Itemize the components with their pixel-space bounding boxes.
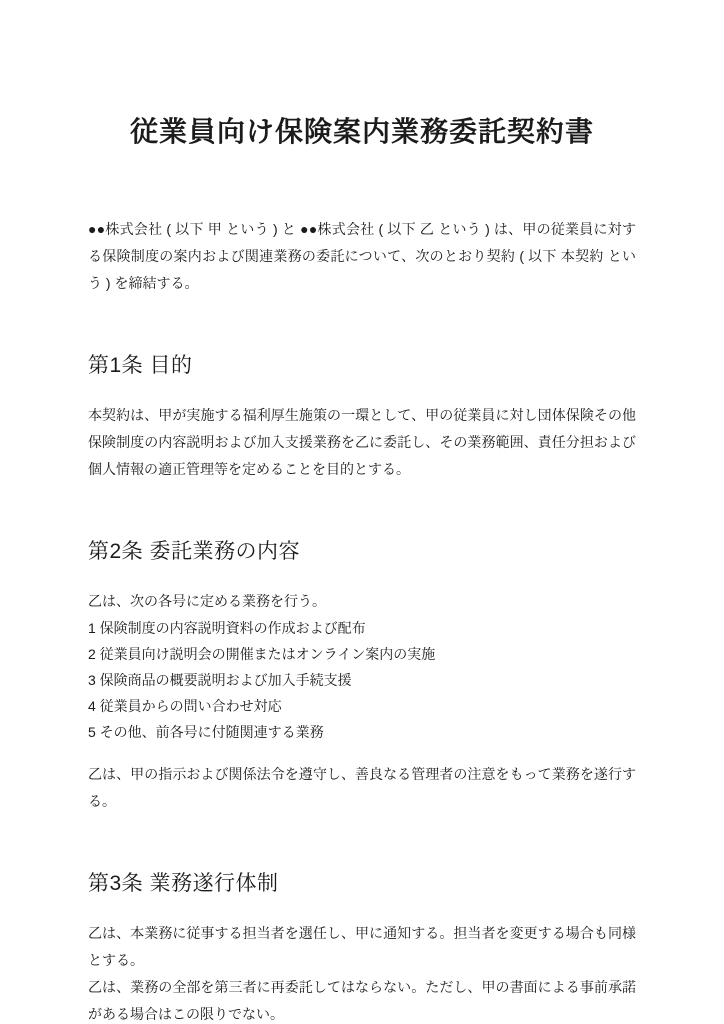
duty-item-1: 1 保険制度の内容説明資料の作成および配布 xyxy=(88,615,636,641)
duty-item-3: 3 保険商品の概要説明および加入手続支援 xyxy=(88,667,636,693)
duty-list: 1 保険制度の内容説明資料の作成および配布 2 従業員向け説明会の開催またはオン… xyxy=(88,615,636,745)
article-3-paragraph-1: 乙は、本業務に従事する担当者を選任し、甲に通知する。担当者を変更する場合も同様と… xyxy=(88,920,636,974)
article-1-heading: 第1条 目的 xyxy=(88,352,636,380)
duty-item-2: 2 従業員向け説明会の開催またはオンライン案内の実施 xyxy=(88,641,636,667)
document-title: 従業員向け保険案内業務委託契約書 xyxy=(88,114,636,150)
duty-item-4: 4 従業員からの問い合わせ対応 xyxy=(88,693,636,719)
section-article-1: 第1条 目的 本契約は、甲が実施する福利厚生施策の一環として、甲の従業員に対し団… xyxy=(88,352,636,483)
article-3-paragraph-2: 乙は、業務の全部を第三者に再委託してはならない。ただし、甲の書面による事前承諾が… xyxy=(88,974,636,1024)
article-3-heading: 第3条 業務遂行体制 xyxy=(88,870,636,898)
article-1-body: 本契約は、甲が実施する福利厚生施策の一環として、甲の従業員に対し団体保険その他保… xyxy=(88,402,636,483)
article-2-closing: 乙は、甲の指示および関係法令を遵守し、善良なる管理者の注意をもって業務を遂行する… xyxy=(88,761,636,815)
section-article-2: 第2条 委託業務の内容 乙は、次の各号に定める業務を行う。 1 保険制度の内容説… xyxy=(88,538,636,815)
section-article-3: 第3条 業務遂行体制 乙は、本業務に従事する担当者を選任し、甲に通知する。担当者… xyxy=(88,870,636,1024)
article-2-heading: 第2条 委託業務の内容 xyxy=(88,538,636,566)
duty-item-5: 5 その他、前各号に付随関連する業務 xyxy=(88,719,636,745)
intro-paragraph: ●●株式会社 ( 以下 甲 という ) と ●●株式会社 ( 以下 乙 という … xyxy=(88,216,636,297)
contract-document-page: 従業員向け保険案内業務委託契約書 ●●株式会社 ( 以下 甲 という ) と ●… xyxy=(0,0,724,1024)
article-2-lead: 乙は、次の各号に定める業務を行う。 xyxy=(88,588,636,615)
